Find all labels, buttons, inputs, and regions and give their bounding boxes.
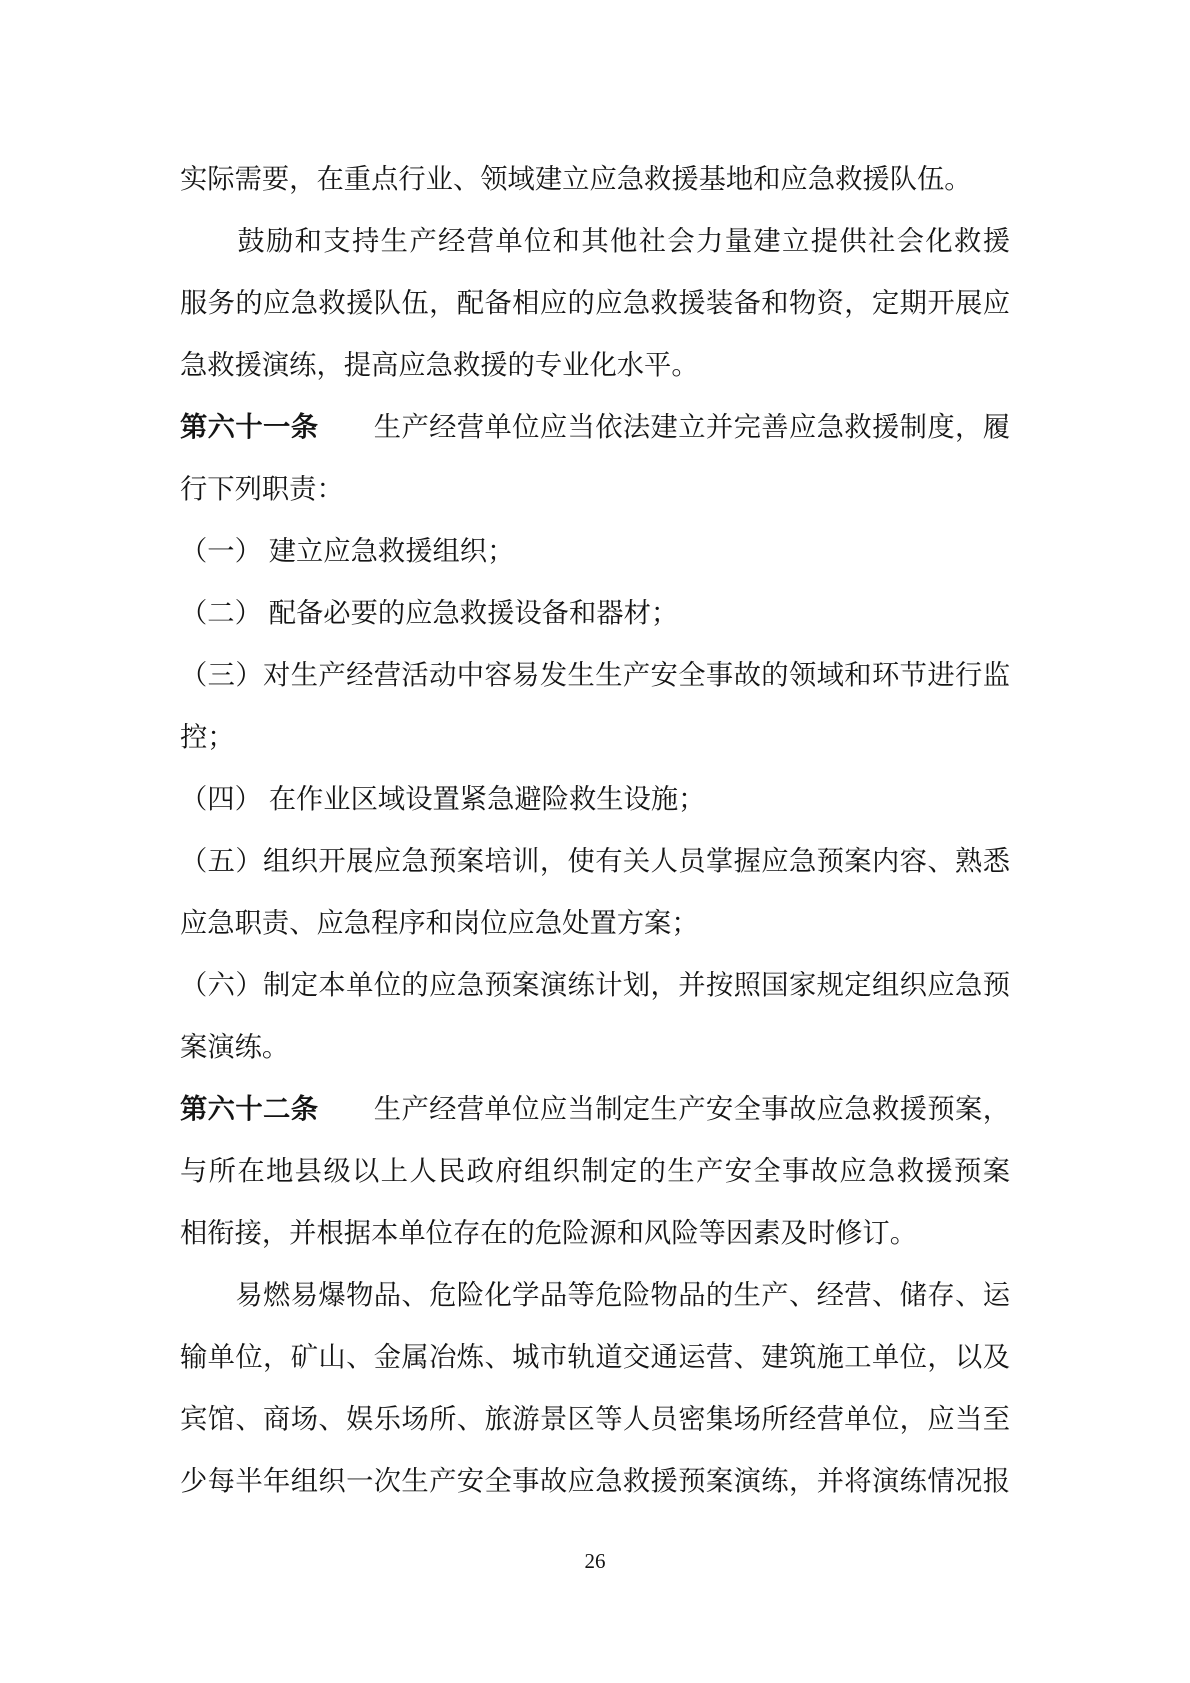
text-segment: 相衔接，并根据本单位存在的危险源和风险等因素及时修订。: [180, 1218, 917, 1248]
text-segment: 少每半年组织一次生产安全事故应急救援预案演练，并将演练情况报: [180, 1466, 1010, 1496]
text-line: （六）制定本单位的应急预案演练计划，并按照国家规定组织应急预: [180, 954, 1010, 1016]
paragraph-hazardous-units: 易燃易爆物品、危险化学品等危险物品的生产、经营、储存、运输单位，矿山、金属冶炼、…: [180, 1264, 1010, 1512]
paragraph-article-62: 第六十二条 生产经营单位应当制定生产安全事故应急救援预案，与所在地县级以上人民政…: [180, 1078, 1010, 1264]
text-segment: （二） 配备必要的应急救援设备和器材；: [180, 598, 678, 628]
text-line: 服务的应急救援队伍，配备相应的应急救援装备和物资，定期开展应: [180, 272, 1010, 334]
text-segment: 宾馆、商场、娱乐场所、旅游景区等人员密集场所经营单位，应当至: [180, 1404, 1010, 1434]
text-line: （四） 在作业区域设置紧急避险救生设施；: [180, 768, 1010, 830]
text-line: 急救援演练，提高应急救援的专业化水平。: [180, 334, 1010, 396]
paragraph-item-6: （六）制定本单位的应急预案演练计划，并按照国家规定组织应急预案演练。: [180, 954, 1010, 1078]
text-segment: 急救援演练，提高应急救援的专业化水平。: [180, 350, 699, 380]
text-line: （五）组织开展应急预案培训，使有关人员掌握应急预案内容、熟悉: [180, 830, 1010, 892]
page-number: 26: [585, 1549, 606, 1573]
text-segment: 鼓励和支持生产经营单位和其他社会力量建立提供社会化救援: [180, 226, 1010, 256]
text-segment: （四） 在作业区域设置紧急避险救生设施；: [180, 784, 705, 814]
text-segment: 与所在地县级以上人民政府组织制定的生产安全事故应急救援预案: [180, 1156, 1010, 1186]
text-line: 易燃易爆物品、危险化学品等危险物品的生产、经营、储存、运: [180, 1264, 1010, 1326]
text-line: 宾馆、商场、娱乐场所、旅游景区等人员密集场所经营单位，应当至: [180, 1388, 1010, 1450]
text-line: 输单位，矿山、金属冶炼、城市轨道交通运营、建筑施工单位，以及: [180, 1326, 1010, 1388]
text-line: 实际需要，在重点行业、领域建立应急救援基地和应急救援队伍。: [180, 148, 1010, 210]
paragraph-article-61: 第六十一条 生产经营单位应当依法建立并完善应急救援制度，履行下列职责：: [180, 396, 1010, 520]
article-number: 第六十一条: [180, 412, 318, 442]
paragraph-encourage-support: 鼓励和支持生产经营单位和其他社会力量建立提供社会化救援服务的应急救援队伍，配备相…: [180, 210, 1010, 396]
text-line: 控；: [180, 706, 1010, 768]
text-segment: 实际需要，在重点行业、领域建立应急救援基地和应急救援队伍。: [180, 164, 972, 194]
document-body: 实际需要，在重点行业、领域建立应急救援基地和应急救援队伍。 鼓励和支持生产经营单…: [180, 148, 1010, 1512]
text-line: （三）对生产经营活动中容易发生生产安全事故的领域和环节进行监: [180, 644, 1010, 706]
text-line: 第六十一条 生产经营单位应当依法建立并完善应急救援制度，履: [180, 396, 1010, 458]
text-line: 相衔接，并根据本单位存在的危险源和风险等因素及时修订。: [180, 1202, 1010, 1264]
text-line: 少每半年组织一次生产安全事故应急救援预案演练，并将演练情况报: [180, 1450, 1010, 1512]
text-line: 案演练。: [180, 1016, 1010, 1078]
document-page: 实际需要，在重点行业、领域建立应急救援基地和应急救援队伍。 鼓励和支持生产经营单…: [0, 0, 1190, 1683]
text-segment: 易燃易爆物品、危险化学品等危险物品的生产、经营、储存、运: [180, 1280, 1010, 1310]
text-segment: 生产经营单位应当制定生产安全事故应急救援预案，: [318, 1094, 1010, 1124]
text-segment: （一） 建立应急救援组织；: [180, 536, 514, 566]
text-line: 行下列职责：: [180, 458, 1010, 520]
paragraph-item-3: （三）对生产经营活动中容易发生生产安全事故的领域和环节进行监控；: [180, 644, 1010, 768]
text-segment: 行下列职责：: [180, 474, 344, 504]
text-line: 与所在地县级以上人民政府组织制定的生产安全事故应急救援预案: [180, 1140, 1010, 1202]
paragraph-item-1: （一） 建立应急救援组织；: [180, 520, 1010, 582]
text-line: （一） 建立应急救援组织；: [180, 520, 1010, 582]
text-segment: 生产经营单位应当依法建立并完善应急救援制度，履: [318, 412, 1010, 442]
article-number: 第六十二条: [180, 1094, 318, 1124]
paragraph-continuation: 实际需要，在重点行业、领域建立应急救援基地和应急救援队伍。: [180, 148, 1010, 210]
paragraph-item-2: （二） 配备必要的应急救援设备和器材；: [180, 582, 1010, 644]
text-segment: 输单位，矿山、金属冶炼、城市轨道交通运营、建筑施工单位，以及: [180, 1342, 1010, 1372]
text-segment: 案演练。: [180, 1032, 289, 1062]
text-segment: 控；: [180, 722, 235, 752]
paragraph-item-5: （五）组织开展应急预案培训，使有关人员掌握应急预案内容、熟悉应急职责、应急程序和…: [180, 830, 1010, 954]
paragraph-item-4: （四） 在作业区域设置紧急避险救生设施；: [180, 768, 1010, 830]
text-line: 鼓励和支持生产经营单位和其他社会力量建立提供社会化救援: [180, 210, 1010, 272]
page-footer: 26: [0, 1548, 1190, 1574]
text-segment: （三）对生产经营活动中容易发生生产安全事故的领域和环节进行监: [180, 660, 1010, 690]
text-segment: （五）组织开展应急预案培训，使有关人员掌握应急预案内容、熟悉: [180, 846, 1010, 876]
text-line: （二） 配备必要的应急救援设备和器材；: [180, 582, 1010, 644]
text-segment: （六）制定本单位的应急预案演练计划，并按照国家规定组织应急预: [180, 970, 1010, 1000]
text-line: 应急职责、应急程序和岗位应急处置方案；: [180, 892, 1010, 954]
text-line: 第六十二条 生产经营单位应当制定生产安全事故应急救援预案，: [180, 1078, 1010, 1140]
text-segment: 应急职责、应急程序和岗位应急处置方案；: [180, 908, 699, 938]
text-segment: 服务的应急救援队伍，配备相应的应急救援装备和物资，定期开展应: [180, 288, 1010, 318]
